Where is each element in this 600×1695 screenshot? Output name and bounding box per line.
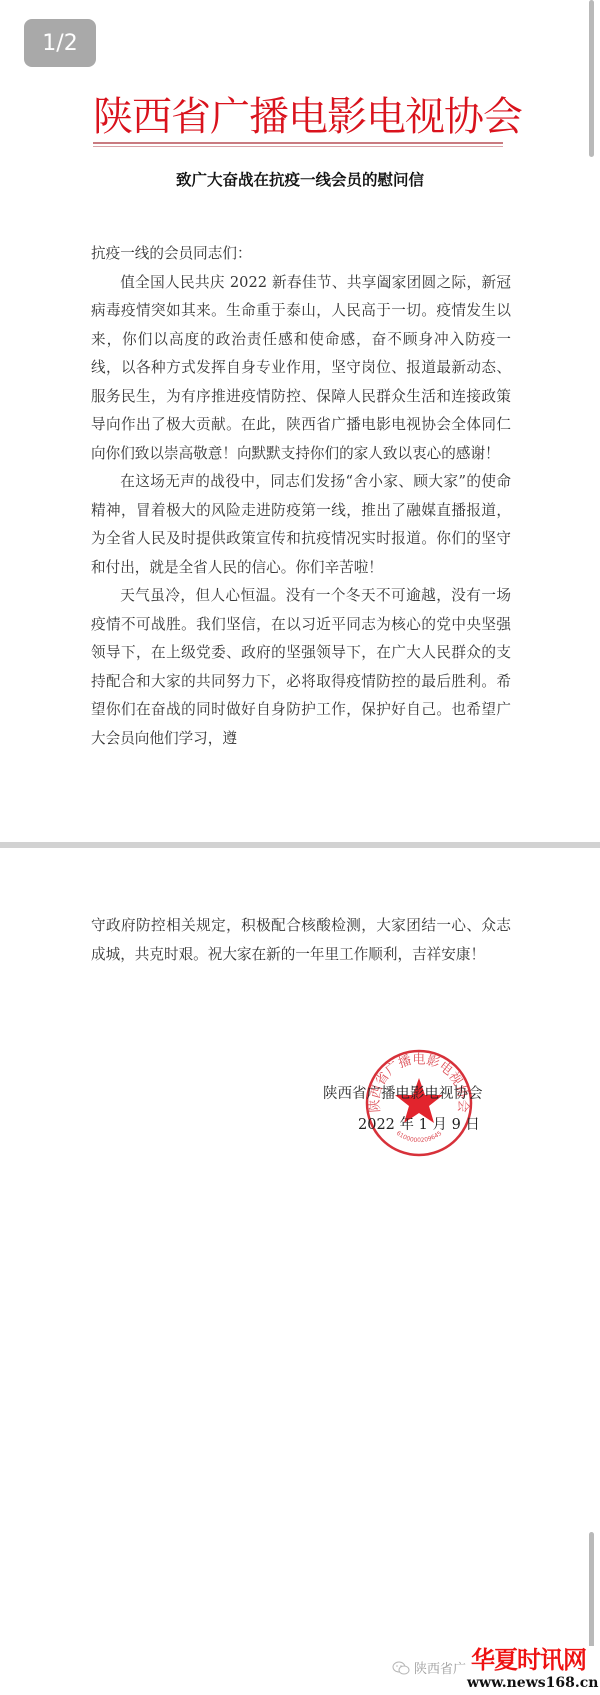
page-indicator-badge: 1/2: [24, 19, 96, 67]
wechat-source-label: 陕西省广: [414, 1658, 466, 1677]
org-letterhead-title: 陕西省广播电影电视协会: [93, 92, 503, 142]
site-watermark-logo: 华夏时讯网 www.news168.cn: [467, 1646, 600, 1695]
official-seal-stamp: 陕西省广播电影电视协会 6100000209645: [364, 1048, 474, 1158]
wechat-icon: [392, 1661, 410, 1675]
wechat-source-watermark: 陕西省广: [392, 1658, 466, 1677]
scrollbar-thumb-top[interactable]: [589, 0, 594, 157]
letter-body-page-1: 抗疫一线的会员同志们： 值全国人民共庆 2022 新春佳节、共享阖家团圆之际，新…: [91, 240, 511, 753]
letter-paragraph: 天气虽冷，但人心恒温。没有一个冬天不可逾越，没有一场疫情不可战胜。我们坚信，在以…: [91, 582, 511, 753]
letterhead-rule-thick: [93, 142, 503, 144]
letter-body-page-2: 守政府防控相关规定，积极配合核酸检测，大家团结一心、众志成城，共克时艰。祝大家在…: [91, 912, 511, 969]
letterhead-rule-thin: [93, 146, 503, 147]
site-watermark-name: 华夏时讯网: [471, 1646, 586, 1674]
document-page-2: [0, 848, 600, 1695]
letter-paragraph: 值全国人民共庆 2022 新春佳节、共享阖家团圆之际，新冠病毒疫情突如其来。生命…: [91, 269, 511, 469]
signature-org: 陕西省广播电影电视协会: [323, 1082, 483, 1103]
letter-greeting: 抗疫一线的会员同志们：: [91, 240, 511, 269]
letter-subtitle: 致广大奋战在抗疫一线会员的慰问信: [0, 168, 600, 190]
signature-date: 2022 年 1 月 9 日: [358, 1113, 480, 1134]
document-page-1: 陕西省广播电影电视协会 致广大奋战在抗疫一线会员的慰问信 抗疫一线的会员同志们：…: [0, 0, 600, 842]
letter-paragraph: 在这场无声的战役中，同志们发扬“舍小家、顾大家”的使命精神，冒着极大的风险走进防…: [91, 468, 511, 582]
letter-paragraph: 守政府防控相关规定，积极配合核酸检测，大家团结一心、众志成城，共克时艰。祝大家在…: [91, 912, 511, 969]
site-watermark-url: www.news168.cn: [467, 1674, 598, 1692]
